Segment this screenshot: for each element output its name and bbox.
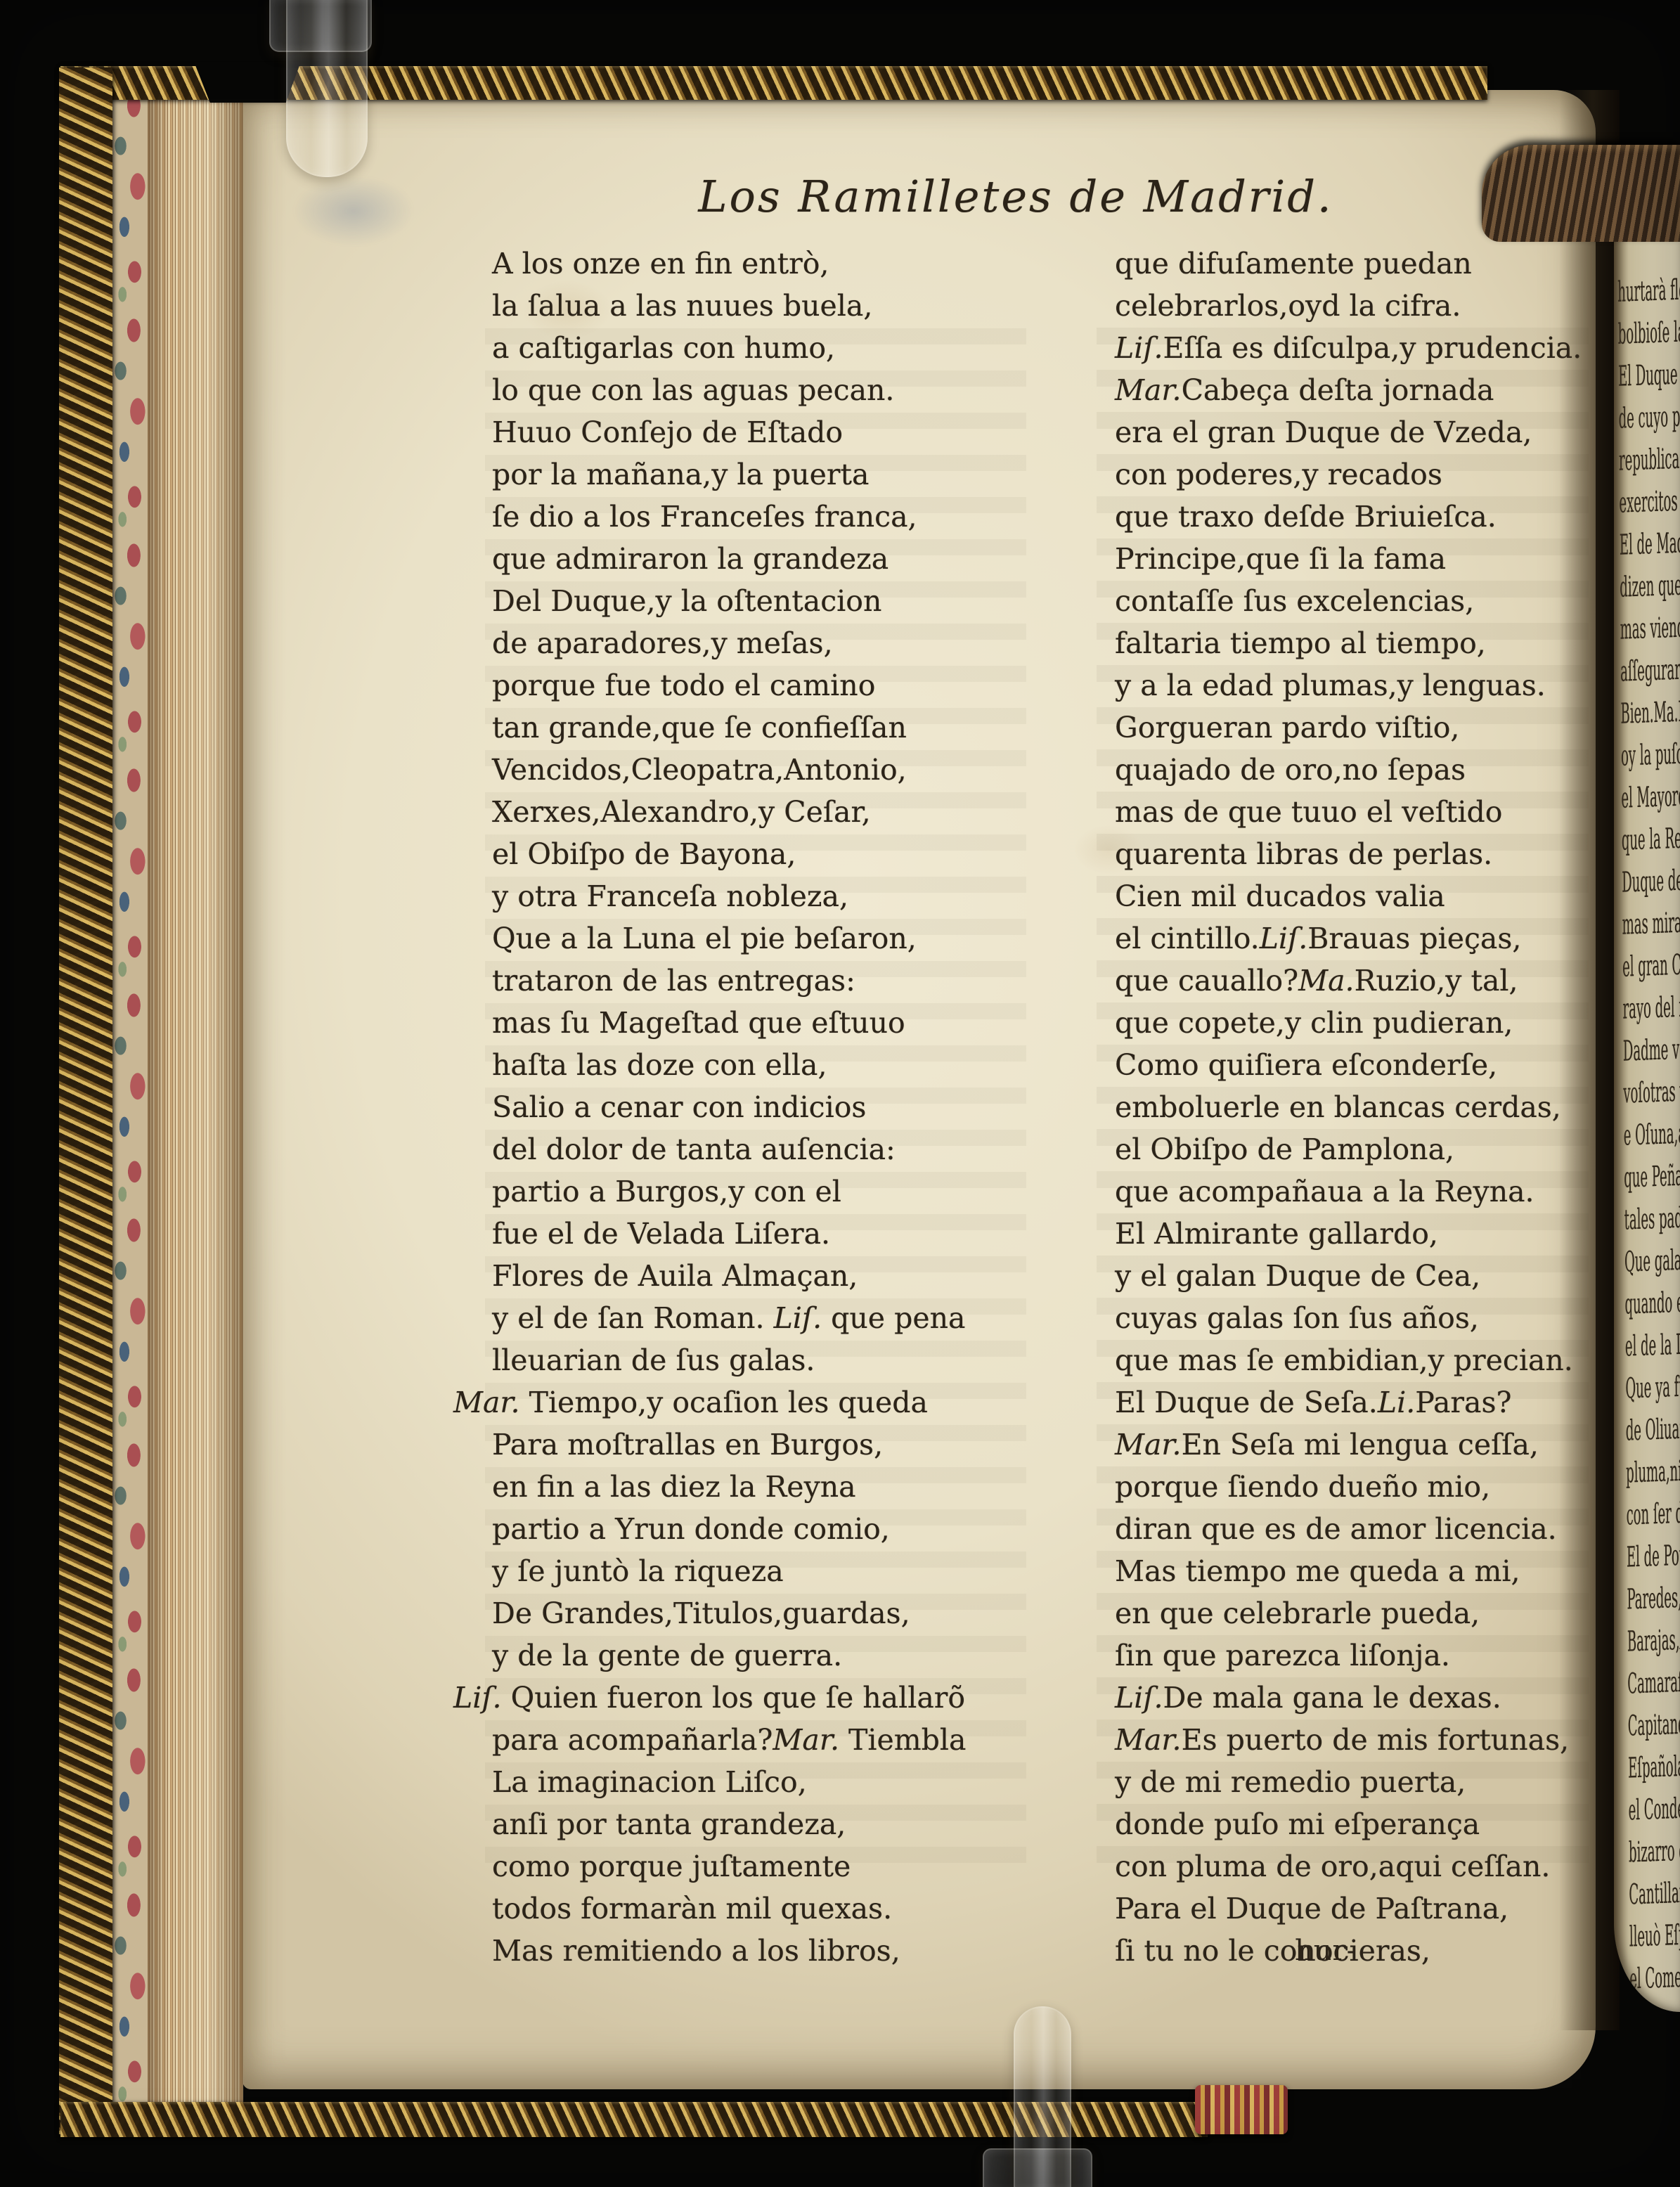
verse-line: faltaria tiempo al tiempo, — [1060, 622, 1629, 664]
verse-line: Salio a cenar con indicios — [453, 1086, 1065, 1128]
verse-text: Como quiſiera eſconderſe, — [1115, 1048, 1497, 1082]
verse-line: con poderes,y recados — [1060, 453, 1629, 496]
verse-text: tan grande,que ſe confieſſan — [492, 711, 907, 744]
verse-text: Xerxes,Alexandro,y Ceſar, — [492, 795, 871, 829]
verse-text: tales padr — [1624, 1201, 1680, 1236]
edge-text-line: de Oliuar — [1626, 1407, 1680, 1452]
verse-line: diran que es de amor licencia. — [1060, 1508, 1629, 1550]
speaker-abbreviation: Liſ. — [453, 1681, 502, 1715]
edge-text-line: voſotras v — [1623, 1070, 1680, 1115]
verse-line: Liſ.Eſſa es diſculpa,y prudencia. — [1060, 327, 1629, 369]
edge-text-line: Paredes,y S — [1627, 1576, 1680, 1621]
verse-text: partio a Yrun donde comio, — [492, 1512, 890, 1546]
verse-text: a caſtigarlas con humo, — [492, 331, 835, 365]
verse-line: Mas remitiendo a los libros, — [453, 1930, 1065, 1972]
edge-text-line: Camaraſſa, — [1627, 1660, 1680, 1705]
verse-text: contaſſe ſus excelencias, — [1115, 584, 1474, 618]
edge-text-line: rayo del ſo — [1622, 986, 1680, 1031]
speaker-abbreviation: Liſ. — [1115, 1681, 1163, 1715]
verse-text: quarenta libras de perlas. — [1115, 837, 1492, 871]
verse-text: bizarro en — [1629, 1834, 1680, 1869]
verse-text: ſe dio a los Franceſes franca, — [492, 500, 917, 534]
verse-text: y otra Franceſa nobleza, — [492, 879, 848, 913]
verse-text: Paras? — [1415, 1386, 1511, 1419]
verse-line: porque ſiendo dueño mio, — [1060, 1466, 1629, 1508]
edge-text-line: mas viendol — [1620, 606, 1680, 651]
verse-text: aſſegurarà ſu — [1620, 653, 1680, 688]
speaker-abbreviation: Liſ. — [774, 1301, 822, 1335]
verse-text: donde puſo mi eſperança — [1115, 1807, 1480, 1841]
verse-text: que traxo deſde Briuieſca. — [1115, 500, 1497, 534]
edge-text-line: el gran Con — [1622, 943, 1680, 988]
verse-text: Dadme verſ — [1623, 1033, 1680, 1068]
facing-page-partial-text: hurtarà florebolbioſe la fEl Duque dede … — [1614, 209, 1680, 2001]
verse-line: La imaginacion Liſco, — [453, 1761, 1065, 1803]
verse-line: que traxo deſde Briuieſca. — [1060, 496, 1629, 538]
verse-line: anſi por tanta grandeza, — [453, 1803, 1065, 1845]
verse-text: voſotras v — [1623, 1076, 1680, 1110]
edge-text-line: exercitos en — [1619, 479, 1680, 524]
verse-text: Que galas? — [1624, 1244, 1680, 1278]
verse-line: con pluma de oro,aqui ceſſan. — [1060, 1845, 1629, 1888]
verse-line: que copete,y clin pudieran, — [1060, 1002, 1629, 1044]
verse-text: El de Maqu — [1620, 527, 1680, 562]
facing-page-edge: hurtarà florebolbioſe la fEl Duque dede … — [1614, 209, 1680, 2012]
verse-text: que la Reyna — [1622, 822, 1680, 857]
verse-line: y el de ſan Roman. Liſ. que pena — [453, 1297, 1065, 1339]
verse-text: Que ya fue — [1625, 1370, 1680, 1405]
edge-text-line: pluma,ni le — [1626, 1450, 1680, 1495]
verse-text: el Obiſpo de Bayona, — [492, 837, 796, 871]
verse-line: Para moſtrallas en Burgos, — [453, 1424, 1065, 1466]
speaker-abbreviation: Mar. — [1115, 1723, 1182, 1757]
verse-line: Como quiſiera eſconderſe, — [1060, 1044, 1629, 1086]
verse-line: el cintillo.Liſ.Brauas pieças, — [1060, 917, 1629, 960]
verse-text: Cien mil ducados valia — [1115, 879, 1445, 913]
verse-line: que acompañaua a la Reyna. — [1060, 1170, 1629, 1213]
speaker-abbreviation: Mar. — [773, 1723, 839, 1757]
speaker-abbreviation: Mar. — [1115, 1428, 1182, 1462]
speaker-abbreviation: Ma. — [1298, 964, 1354, 998]
edge-text-line: republicas e — [1619, 437, 1680, 482]
verse-line: Principe,que ſi la fama — [1060, 538, 1629, 580]
leather-board-edge — [1482, 145, 1680, 242]
verse-text: y de la gente de guerra. — [492, 1639, 842, 1672]
verse-text: trataron de las entregas: — [492, 964, 855, 998]
edge-text-line: lleuò Eſpa — [1629, 1914, 1680, 1959]
verse-text: faltaria tiempo al tiempo, — [1115, 626, 1486, 660]
verse-text: porque ſiendo dueño mio, — [1115, 1470, 1490, 1504]
edge-text-line: Dadme verſ — [1623, 1028, 1680, 1073]
verse-line: todos formaràn mil quexas. — [453, 1888, 1065, 1930]
edge-text-line: oy la puſo e — [1621, 733, 1680, 778]
verse-text: que mas ſe embidian,y precian. — [1115, 1343, 1573, 1377]
verse-line: Mar.Cabeça deſta jornada — [1060, 369, 1629, 411]
verse-line: A los onze en fin entrò, — [453, 243, 1065, 285]
verse-line: Liſ.De mala gana le dexas. — [1060, 1677, 1629, 1719]
verse-text: anſi por tanta grandeza, — [492, 1807, 846, 1841]
verse-line: Mar.Es puerto de mis fortunas, — [1060, 1719, 1629, 1761]
verse-text: el Comend — [1629, 1961, 1680, 1995]
verse-line: haſta las doze con ella, — [453, 1044, 1065, 1086]
verse-text: partio a Burgos,y con el — [492, 1175, 841, 1208]
edge-text-line: El de Maqu — [1620, 522, 1680, 567]
edge-text-line: Que ya fue — [1625, 1365, 1680, 1410]
verse-text: Eſſa es diſculpa,y prudencia. — [1163, 331, 1582, 365]
verse-text: Principe,que ſi la fama — [1115, 542, 1446, 576]
verse-text: exercitos en — [1619, 484, 1680, 520]
verse-line: y otra Franceſa nobleza, — [453, 875, 1065, 917]
verse-text: la ſalua a las nuues buela, — [492, 289, 872, 323]
verse-text: diran que es de amor licencia. — [1115, 1512, 1557, 1546]
verse-text: Para el Duque de Paſtrana, — [1115, 1892, 1508, 1925]
verse-line: y a la edad plumas,y lenguas. — [1060, 664, 1629, 707]
verse-text: Eſpañolas,y — [1628, 1750, 1680, 1785]
speaker-abbreviation: Li. — [1378, 1386, 1415, 1419]
verse-text: el Obiſpo de Pamplona, — [1115, 1133, 1454, 1166]
verse-text: y ſe juntò la riqueza — [492, 1554, 784, 1588]
verse-text: en que celebrarle pueda, — [1115, 1596, 1480, 1630]
page-holder-clip-top — [286, 0, 368, 177]
verse-line: donde puſo mi eſperança — [1060, 1803, 1629, 1845]
verse-line: El Almirante gallardo, — [1060, 1213, 1629, 1255]
verse-text: y el galan Duque de Cea, — [1115, 1259, 1480, 1293]
verse-text: porque fue todo el camino — [492, 669, 875, 702]
verse-line: ſe dio a los Franceſes franca, — [453, 496, 1065, 538]
verse-line: era el gran Duque de Vzeda, — [1060, 411, 1629, 453]
edge-text-line: que Peña tan — [1624, 1154, 1680, 1199]
catchword: hur- — [1295, 1935, 1357, 1967]
edge-text-line: tales padr — [1624, 1196, 1680, 1241]
verse-line: que admiraron la grandeza — [453, 538, 1065, 580]
verse-line: Xerxes,Alexandro,y Ceſar, — [453, 791, 1065, 833]
edge-text-line: el Comend — [1629, 1956, 1680, 2001]
verse-line: cuyas galas ſon ſus años, — [1060, 1297, 1629, 1339]
verse-text: como porque juſtamente — [492, 1850, 851, 1883]
page-holder-clip-bottom-head — [983, 2148, 1092, 2187]
verse-text: Gorgueran pardo viſtio, — [1115, 711, 1459, 744]
book-photograph: Los Ramilletes de Madrid. A los onze en … — [0, 0, 1680, 2187]
verse-text: fue el de Velada Liſera. — [492, 1217, 830, 1251]
verse-text: De mala gana le dexas. — [1163, 1681, 1501, 1715]
speaker-abbreviation: Mar. — [1115, 373, 1182, 407]
verse-text: A los onze en fin entrò, — [492, 247, 829, 280]
verse-line: contaſſe ſus excelencias, — [1060, 580, 1629, 622]
edge-text-line: bizarro en — [1629, 1829, 1680, 1874]
verse-line: por la mañana,y la puerta — [453, 453, 1065, 496]
verse-text: El Duque de Seſa. — [1115, 1386, 1378, 1419]
gauffered-page-edge — [1195, 2085, 1288, 2134]
verse-text: y el de ſan Roman. — [492, 1301, 774, 1335]
verse-text: que admiraron la grandeza — [492, 542, 889, 576]
verse-text: Capitanes d — [1628, 1708, 1680, 1743]
gilt-border-left — [59, 67, 112, 2134]
verse-line: Huuo Conſejo de Eſtado — [453, 411, 1065, 453]
verse-line: tan grande,que ſe confieſſan — [453, 707, 1065, 749]
verse-line: como porque juſtamente — [453, 1845, 1065, 1888]
verse-text: El Almirante gallardo, — [1115, 1217, 1438, 1251]
verse-line: que difuſamente puedan — [1060, 243, 1629, 285]
verse-text: quajado de oro,no ſepas — [1115, 753, 1466, 787]
verse-text: el Conde d — [1628, 1792, 1680, 1826]
verse-text: Paredes,y S — [1627, 1581, 1680, 1616]
verse-text: Barajas,Are — [1627, 1623, 1680, 1658]
verse-line: quajado de oro,no ſepas — [1060, 749, 1629, 791]
verse-line: El Duque de Seſa.Li.Paras? — [1060, 1381, 1629, 1424]
verse-text: ſi tu no le conocieras, — [1115, 1934, 1430, 1968]
verse-text: El de Pouar — [1627, 1539, 1680, 1574]
verse-text: Cabeça deſta jornada — [1182, 373, 1494, 407]
verse-text: por la mañana,y la puerta — [492, 458, 869, 491]
verse-text: De Grandes,Titulos,guardas, — [492, 1596, 910, 1630]
edge-text-line: el Conde d — [1628, 1787, 1680, 1832]
verse-text: Brauas pieças, — [1307, 922, 1521, 955]
verse-line: porque fue todo el camino — [453, 664, 1065, 707]
verse-text: En Seſa mi lengua ceſſa, — [1182, 1428, 1539, 1462]
verse-line: Cien mil ducados valia — [1060, 875, 1629, 917]
verse-text: con pluma de oro,aqui ceſſan. — [1115, 1850, 1550, 1883]
verse-text: dizen que el — [1620, 569, 1680, 604]
verse-text: para acompañarla? — [492, 1723, 773, 1757]
verse-line: del dolor de tanta auſencia: — [453, 1128, 1065, 1170]
verse-line: Mar. Tiempo,y ocaſion les queda — [453, 1381, 1065, 1424]
verse-line: que cauallo?Ma.Ruzio,y tal, — [1060, 960, 1629, 1002]
verse-text: pluma,ni le — [1626, 1454, 1680, 1490]
verse-text: Mas remitiendo a los libros, — [492, 1934, 900, 1968]
verse-text: mas mirad M — [1622, 906, 1680, 941]
edge-text-line: de cuyo pad — [1618, 395, 1680, 440]
verse-text: Camaraſſa, — [1627, 1665, 1680, 1701]
verse-text: de aparadores,y meſas, — [492, 626, 833, 660]
verse-text: Bien.Ma.E — [1620, 695, 1680, 730]
verse-text: de cuyo pad — [1618, 400, 1680, 435]
verse-text: Es puerto de mis fortunas, — [1182, 1723, 1570, 1757]
verse-text: celebrarlos,oyd la cifra. — [1115, 289, 1461, 323]
verse-text: haſta las doze con ella, — [492, 1048, 827, 1082]
edge-text-line: el de la La — [1625, 1323, 1680, 1368]
verse-text: lo que con las aguas pecan. — [492, 373, 894, 407]
verse-line: lo que con las aguas pecan. — [453, 369, 1065, 411]
edge-text-line: el Mayord — [1621, 775, 1680, 820]
verse-line: a caſtigarlas con humo, — [453, 327, 1065, 369]
verse-text: republicas e — [1619, 442, 1680, 477]
verse-text: era el gran Duque de Vzeda, — [1115, 415, 1532, 449]
verse-column-left: A los onze en fin entrò,la ſalua a las n… — [453, 243, 1065, 1972]
verse-text: lleuò Eſpa — [1629, 1918, 1680, 1953]
verse-line: en fin a las diez la Reyna — [453, 1466, 1065, 1508]
verse-text: que pena — [822, 1301, 965, 1335]
verse-text: mas de que tuuo el veſtido — [1115, 795, 1502, 829]
verse-text: que acompañaua a la Reyna. — [1115, 1175, 1534, 1208]
edge-text-line: El Duque de — [1618, 353, 1680, 398]
edge-text-line: Capitanes d — [1628, 1703, 1680, 1748]
verse-text: cuyas galas ſon ſus años, — [1115, 1301, 1479, 1335]
verse-text: hurtarà flore — [1617, 273, 1680, 309]
verse-line: en que celebrarle pueda, — [1060, 1592, 1629, 1634]
verse-line: Que a la Luna el pie beſaron, — [453, 917, 1065, 960]
verse-text: lleuarian de ſus galas. — [492, 1343, 815, 1377]
edge-text-line: con ſer diam — [1626, 1492, 1680, 1537]
marbled-endpaper-strip — [111, 83, 149, 2117]
verse-text: el Mayord — [1621, 780, 1680, 815]
verse-text: que Peña tan — [1624, 1159, 1680, 1194]
verse-text: mas viendol — [1620, 611, 1680, 646]
verse-text: todos formaràn mil quexas. — [492, 1892, 892, 1925]
edge-text-line: Duque de M — [1622, 859, 1680, 904]
edge-text-line: Que galas? — [1624, 1239, 1680, 1284]
verse-text: Tiempo,y ocaſion les queda — [520, 1386, 928, 1419]
edge-text-line: Barajas,Are — [1627, 1618, 1680, 1663]
verse-line: Liſ. Quien fueron los que ſe hallarõ — [453, 1677, 1065, 1719]
verse-line: mas de que tuuo el veſtido — [1060, 791, 1629, 833]
verse-text: Tiembla — [839, 1723, 966, 1757]
verse-text: del dolor de tanta auſencia: — [492, 1133, 896, 1166]
verse-column-right: que difuſamente puedancelebrarlos,oyd la… — [1060, 243, 1629, 1972]
verse-line: lleuarian de ſus galas. — [453, 1339, 1065, 1381]
verse-line: la ſalua a las nuues buela, — [453, 285, 1065, 327]
verse-text: Flores de Auila Almaçan, — [492, 1259, 858, 1293]
verse-text: y de mi remedio puerta, — [1115, 1765, 1466, 1799]
edge-text-line: Eſpañolas,y — [1628, 1745, 1680, 1790]
verse-line: Vencidos,Cleopatra,Antonio, — [453, 749, 1065, 791]
edge-text-line: El de Pouar — [1627, 1534, 1680, 1579]
verse-text: Mas tiempo me queda a mi, — [1115, 1554, 1520, 1588]
verse-line: y ſe juntò la riqueza — [453, 1550, 1065, 1592]
verse-text: Vencidos,Cleopatra,Antonio, — [492, 753, 907, 787]
verse-text: el gran Con — [1622, 948, 1680, 983]
verse-line: Flores de Auila Almaçan, — [453, 1255, 1065, 1297]
verse-line: Mas tiempo me queda a mi, — [1060, 1550, 1629, 1592]
verse-line: de aparadores,y meſas, — [453, 622, 1065, 664]
verse-text: que difuſamente puedan — [1115, 247, 1472, 280]
verse-line: quarenta libras de perlas. — [1060, 833, 1629, 875]
verse-line: el Obiſpo de Bayona, — [453, 833, 1065, 875]
verse-text: que copete,y clin pudieran, — [1115, 1006, 1513, 1040]
verse-line: para acompañarla?Mar. Tiembla — [453, 1719, 1065, 1761]
verse-line: ſin que parezca liſonja. — [1060, 1634, 1629, 1677]
verse-text: bolbioſe la f — [1618, 316, 1680, 351]
verse-line: y de la gente de guerra. — [453, 1634, 1065, 1677]
verse-line: mas ſu Mageſtad que eſtuuo — [453, 1002, 1065, 1044]
verse-line: partio a Yrun donde comio, — [453, 1508, 1065, 1550]
edge-text-line: Bien.Ma.E — [1620, 690, 1680, 735]
verse-text: Salio a cenar con indicios — [492, 1090, 866, 1124]
verse-text: ſin que parezca liſonja. — [1115, 1639, 1450, 1672]
verse-text: Quien fueron los que ſe hallarõ — [502, 1681, 966, 1715]
verse-line: y el galan Duque de Cea, — [1060, 1255, 1629, 1297]
verse-text: Cantillana, — [1629, 1876, 1680, 1911]
edge-text-line: dizen que el — [1620, 564, 1680, 609]
verse-line: emboluerle en blancas cerdas, — [1060, 1086, 1629, 1128]
verse-text: y a la edad plumas,y lenguas. — [1115, 669, 1546, 702]
verse-text: de Oliuar — [1626, 1413, 1680, 1447]
verse-line: el Obiſpo de Pamplona, — [1060, 1128, 1629, 1170]
verse-line: fue el de Velada Liſera. — [453, 1213, 1065, 1255]
running-title: Los Ramilletes de Madrid. — [629, 167, 1402, 226]
verse-text: Duque de M — [1622, 864, 1680, 899]
verse-text: Huuo Conſejo de Eſtado — [492, 415, 843, 449]
verse-line: Gorgueran pardo viſtio, — [1060, 707, 1629, 749]
verse-text: Ruzio,y tal, — [1355, 964, 1518, 998]
verse-text: emboluerle en blancas cerdas, — [1115, 1090, 1561, 1124]
edge-text-line: e Oſuna,al — [1624, 1112, 1680, 1157]
edge-text-line: quando en e — [1624, 1281, 1680, 1326]
verse-text: e Oſuna,al — [1624, 1117, 1680, 1151]
verse-line: De Grandes,Titulos,guardas, — [453, 1592, 1065, 1634]
gutter-shadow — [1559, 90, 1620, 2030]
verse-text: que cauallo? — [1115, 964, 1298, 998]
binding-gap-shadow — [194, 62, 301, 103]
verse-text: Para moſtrallas en Burgos, — [492, 1428, 883, 1462]
verse-line: trataron de las entregas: — [453, 960, 1065, 1002]
edge-text-line: bolbioſe la f — [1618, 311, 1680, 356]
verse-text: Que a la Luna el pie beſaron, — [492, 922, 917, 955]
verse-text: El Duque de — [1618, 358, 1680, 393]
verse-text: con ſer diam — [1626, 1497, 1680, 1532]
edge-text-line: Cantillana, — [1629, 1871, 1680, 1916]
verse-line: y de mi remedio puerta, — [1060, 1761, 1629, 1803]
verse-text: con poderes,y recados — [1115, 458, 1442, 491]
verse-text: rayo del ſo — [1622, 991, 1680, 1025]
verse-line: que mas ſe embidian,y precian. — [1060, 1339, 1629, 1381]
speaker-abbreviation: Mar. — [453, 1386, 520, 1419]
speaker-abbreviation: Liſ. — [1260, 922, 1308, 955]
verse-text: Del Duque,y la oſtentacion — [492, 584, 881, 618]
edge-text-line: aſſegurarà ſu — [1620, 648, 1680, 693]
verse-text: mas ſu Mageſtad que eſtuuo — [492, 1006, 905, 1040]
verse-text: quando en e — [1624, 1286, 1680, 1321]
verse-line: celebrarlos,oyd la cifra. — [1060, 285, 1629, 327]
verse-text: La imaginacion Liſco, — [492, 1765, 807, 1799]
verse-text: en fin a las diez la Reyna — [492, 1470, 856, 1504]
verse-line: Del Duque,y la oſtentacion — [453, 580, 1065, 622]
verse-text: el de la La — [1625, 1328, 1680, 1362]
verse-line: Mar.En Seſa mi lengua ceſſa, — [1060, 1424, 1629, 1466]
verse-text: el cintillo. — [1115, 922, 1260, 955]
edge-text-line: mas mirad M — [1622, 901, 1680, 946]
verse-text: oy la puſo e — [1621, 737, 1680, 773]
verse-line: Para el Duque de Paſtrana, — [1060, 1888, 1629, 1930]
verse-line: partio a Burgos,y con el — [453, 1170, 1065, 1213]
speaker-abbreviation: Liſ. — [1115, 331, 1163, 365]
page-block-fore-edge — [148, 87, 243, 2115]
edge-text-line: que la Reyna — [1622, 817, 1680, 862]
edge-text-line: hurtarà flore — [1617, 269, 1680, 314]
